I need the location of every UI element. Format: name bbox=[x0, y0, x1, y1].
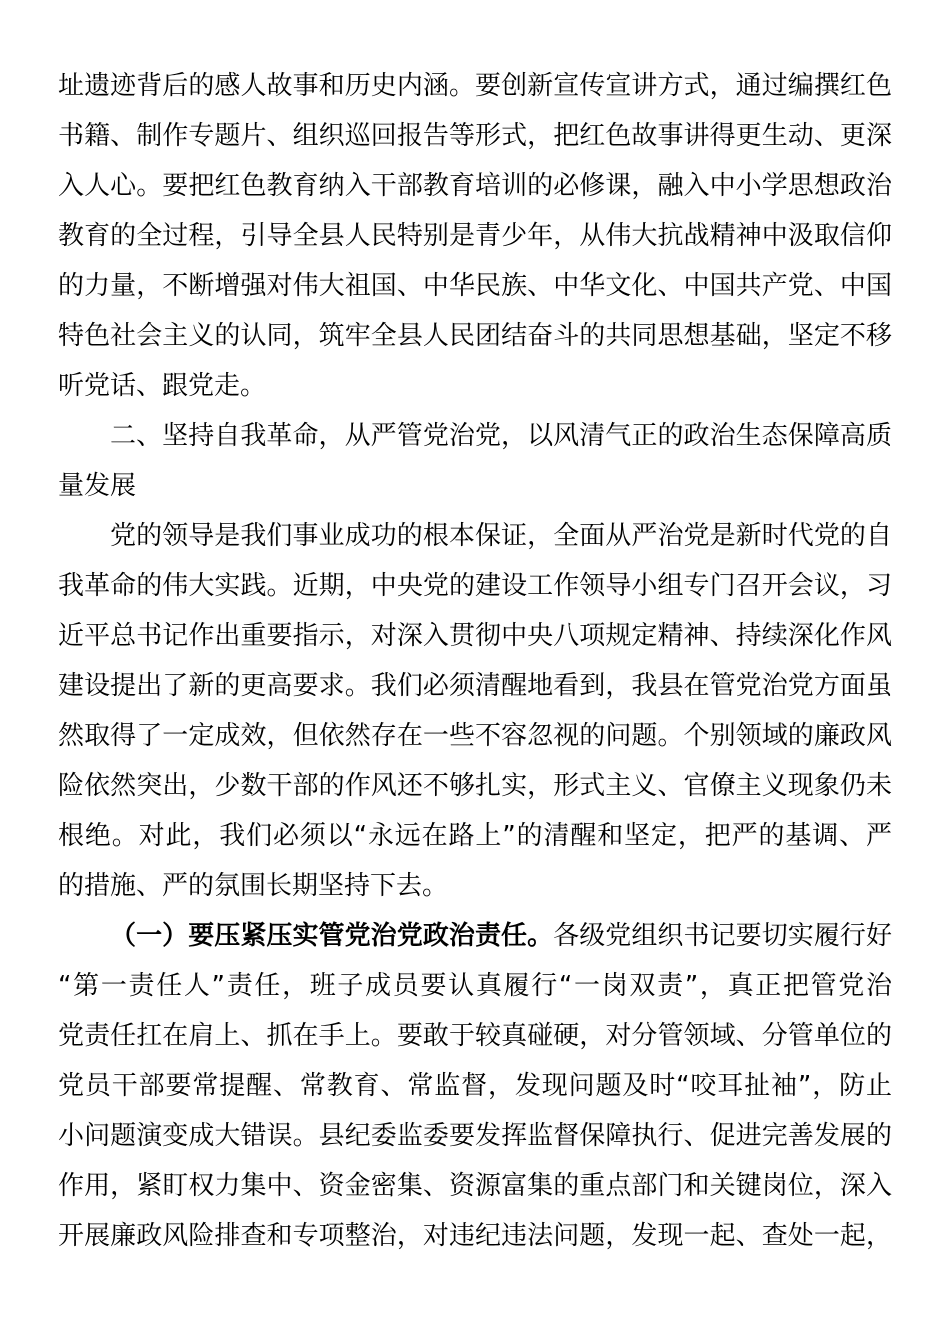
line-text: 听党话、跟党走。 bbox=[58, 371, 266, 401]
text-line: 建设提出了新的更高要求。我们必须清醒地看到，我县在管党治党方面虽 bbox=[58, 661, 892, 711]
text-line: 我革命的伟大实践。近期，中央党的建设工作领导小组专门召开会议，习 bbox=[58, 561, 892, 611]
text-line: 小问题演变成大错误。县纪委监委要发挥监督保障执行、促进完善发展的 bbox=[58, 1111, 892, 1161]
text-line: 听党话、跟党走。 bbox=[58, 361, 892, 411]
text-line: 的力量，不断增强对伟大祖国、中华民族、中华文化、中国共产党、中国 bbox=[58, 261, 892, 311]
text-line: 教育的全过程，引导全县人民特别是青少年，从伟大抗战精神中汲取信仰 bbox=[58, 211, 892, 261]
line-text: 小问题演变成大错误。县纪委监委要发挥监督保障执行、促进完善发展的 bbox=[58, 1121, 892, 1151]
text-line: 址遗迹背后的感人故事和历史内涵。要创新宣传宣讲方式，通过编撰红色 bbox=[58, 61, 892, 111]
text-line: 党责任扛在肩上、抓在手上。要敢于较真碰硬，对分管领域、分管单位的 bbox=[58, 1011, 892, 1061]
text-line: 入人心。要把红色教育纳入干部教育培训的必修课，融入中小学思想政治 bbox=[58, 161, 892, 211]
line-text: 根绝。对此，我们必须以“永远在路上”的清醒和坚定，把严的基调、严 bbox=[58, 821, 892, 851]
line-text: 的力量，不断增强对伟大祖国、中华民族、中华文化、中国共产党、中国 bbox=[58, 271, 892, 301]
text-line: 险依然突出，少数干部的作风还不够扎实，形式主义、官僚主义现象仍未 bbox=[58, 761, 892, 811]
line-text: 然取得了一定成效，但依然存在一些不容忽视的问题。个别领域的廉政风 bbox=[58, 721, 892, 751]
text-line: 党员干部要常提醒、常教育、常监督，发现问题及时“咬耳扯袖”，防止 bbox=[58, 1061, 892, 1111]
document-page: 址遗迹背后的感人故事和历史内涵。要创新宣传宣讲方式，通过编撰红色书籍、制作专题片… bbox=[0, 0, 950, 1344]
text-line: 根绝。对此，我们必须以“永远在路上”的清醒和坚定，把严的基调、严 bbox=[58, 811, 892, 861]
line-text: 二、坚持自我革命，从严管党治党，以风清气正的政治生态保障高质 bbox=[110, 421, 892, 451]
text-line: 开展廉政风险排查和专项整治，对违纪违法问题，发现一起、查处一起， bbox=[58, 1211, 892, 1261]
line-text: 量发展 bbox=[58, 471, 136, 501]
line-text: 党责任扛在肩上、抓在手上。要敢于较真碰硬，对分管领域、分管单位的 bbox=[58, 1021, 892, 1051]
line-text: 党员干部要常提醒、常教育、常监督，发现问题及时“咬耳扯袖”，防止 bbox=[58, 1071, 892, 1101]
text-line: 特色社会主义的认同，筑牢全县人民团结奋斗的共同思想基础，坚定不移 bbox=[58, 311, 892, 361]
line-text: 址遗迹背后的感人故事和历史内涵。要创新宣传宣讲方式，通过编撰红色 bbox=[58, 71, 892, 101]
text-line: 作用，紧盯权力集中、资金密集、资源富集的重点部门和关键岗位，深入 bbox=[58, 1161, 892, 1211]
document-body: 址遗迹背后的感人故事和历史内涵。要创新宣传宣讲方式，通过编撰红色书籍、制作专题片… bbox=[58, 61, 892, 1261]
line-text: 各级党组织书记要切实履行好 bbox=[553, 921, 892, 951]
line-text: 党的领导是我们事业成功的根本保证，全面从严治党是新时代党的自 bbox=[110, 521, 892, 551]
section-heading-line: 量发展 bbox=[58, 461, 892, 511]
text-line: 近平总书记作出重要指示，对深入贯彻中央八项规定精神、持续深化作风 bbox=[58, 611, 892, 661]
line-text: 入人心。要把红色教育纳入干部教育培训的必修课，融入中小学思想政治 bbox=[58, 171, 892, 201]
text-line: 然取得了一定成效，但依然存在一些不容忽视的问题。个别领域的廉政风 bbox=[58, 711, 892, 761]
text-line: 的措施、严的氛围长期坚持下去。 bbox=[58, 861, 892, 911]
line-text: 我革命的伟大实践。近期，中央党的建设工作领导小组专门召开会议，习 bbox=[58, 571, 892, 601]
line-text: 的措施、严的氛围长期坚持下去。 bbox=[58, 871, 448, 901]
text-line: 党的领导是我们事业成功的根本保证，全面从严治党是新时代党的自 bbox=[58, 511, 892, 561]
line-text: 教育的全过程，引导全县人民特别是青少年，从伟大抗战精神中汲取信仰 bbox=[58, 221, 892, 251]
line-text: 近平总书记作出重要指示，对深入贯彻中央八项规定精神、持续深化作风 bbox=[58, 621, 892, 651]
text-line: （一）要压紧压实管党治党政治责任。各级党组织书记要切实履行好 bbox=[58, 911, 892, 961]
line-text: 作用，紧盯权力集中、资金密集、资源富集的重点部门和关键岗位，深入 bbox=[58, 1171, 892, 1201]
line-text: 特色社会主义的认同，筑牢全县人民团结奋斗的共同思想基础，坚定不移 bbox=[58, 321, 892, 351]
section-heading-line: 二、坚持自我革命，从严管党治党，以风清气正的政治生态保障高质 bbox=[58, 411, 892, 461]
line-text: “第一责任人”责任，班子成员要认真履行“一岗双责”，真正把管党治 bbox=[58, 971, 892, 1001]
line-text: 书籍、制作专题片、组织巡回报告等形式，把红色故事讲得更生动、更深 bbox=[58, 121, 892, 151]
line-text: 险依然突出，少数干部的作风还不够扎实，形式主义、官僚主义现象仍未 bbox=[58, 771, 892, 801]
line-text: 建设提出了新的更高要求。我们必须清醒地看到，我县在管党治党方面虽 bbox=[58, 671, 892, 701]
line-text: 开展廉政风险排查和专项整治，对违纪违法问题，发现一起、查处一起， bbox=[58, 1221, 892, 1251]
text-line: 书籍、制作专题片、组织巡回报告等形式，把红色故事讲得更生动、更深 bbox=[58, 111, 892, 161]
text-line: “第一责任人”责任，班子成员要认真履行“一岗双责”，真正把管党治 bbox=[58, 961, 892, 1011]
bold-run: （一）要压紧压实管党治党政治责任。 bbox=[110, 921, 553, 951]
